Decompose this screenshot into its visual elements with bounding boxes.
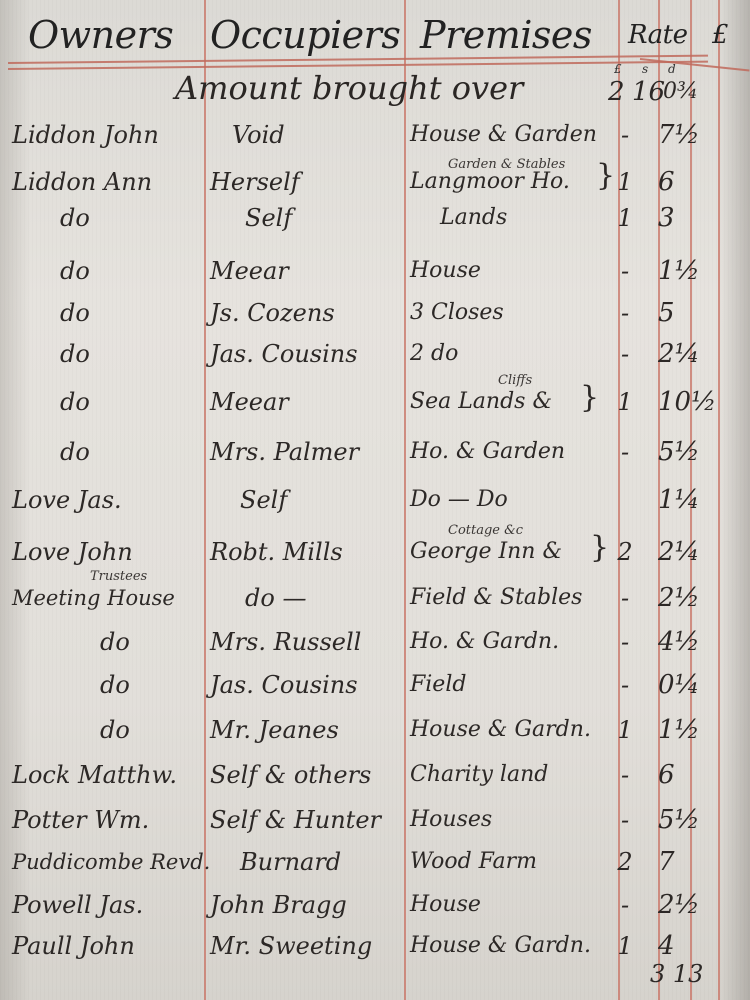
premises: House & Gardn. bbox=[410, 710, 620, 750]
occupier: Jas. Cousins bbox=[210, 334, 405, 374]
carried-total: 3 13 bbox=[650, 960, 703, 988]
owner: Lock Matthw. bbox=[12, 755, 202, 795]
pence: 5 bbox=[658, 293, 698, 333]
ledger-row: Lock Matthw. Self & others Charity land … bbox=[0, 755, 750, 795]
premises: Ho. & Gardn. bbox=[410, 622, 620, 662]
owner: Meeting House bbox=[12, 578, 202, 618]
pence: 1½ bbox=[658, 251, 698, 291]
ledger-row: Trustees Meeting House do — Field & Stab… bbox=[0, 578, 750, 618]
premises: Wood Farm bbox=[410, 842, 620, 882]
premises: House bbox=[410, 251, 620, 291]
occupier: Mr. Jeanes bbox=[210, 710, 405, 750]
brought-over-shillings: 16 bbox=[632, 72, 665, 112]
owner: Powell Jas. bbox=[12, 885, 202, 925]
pence: 2¼ bbox=[658, 334, 698, 374]
premises: Ho. & Garden bbox=[410, 432, 620, 472]
ledger-row: Love Jas. Self Do — Do 1¼ bbox=[0, 480, 750, 520]
pence: 7 bbox=[658, 842, 698, 882]
owner: Potter Wm. bbox=[12, 800, 202, 840]
owner: do bbox=[60, 198, 250, 238]
owner: Paull John bbox=[12, 926, 202, 966]
ledger-row: Powell Jas. John Bragg House - 2½ bbox=[0, 885, 750, 925]
header-occupiers: Occupiers bbox=[210, 10, 400, 60]
shillings: - bbox=[610, 251, 640, 291]
premises: Do — Do bbox=[410, 480, 620, 520]
premises: Field & Stables bbox=[410, 578, 620, 618]
premises: Field bbox=[410, 665, 620, 705]
ledger-row: Potter Wm. Self & Hunter Houses - 5½ bbox=[0, 800, 750, 840]
occupier: Self & others bbox=[210, 755, 405, 795]
pence: 2½ bbox=[658, 885, 698, 925]
premises: 2 do bbox=[410, 334, 620, 374]
ledger-row: do Jas. Cousins Field - 0¼ bbox=[0, 665, 750, 705]
premises: 3 Closes bbox=[410, 293, 620, 333]
shillings: 1 bbox=[610, 926, 640, 966]
ledger-row: do Self Lands 1 3 bbox=[0, 198, 750, 238]
shillings: 2 bbox=[610, 842, 640, 882]
pence: 6 bbox=[658, 755, 698, 795]
owner: Love John bbox=[12, 532, 202, 572]
premises: George Inn & bbox=[410, 532, 620, 572]
shillings: - bbox=[610, 885, 640, 925]
occupier: Robt. Mills bbox=[210, 532, 405, 572]
occupier: Js. Cozens bbox=[210, 293, 405, 333]
shillings: - bbox=[610, 800, 640, 840]
ledger-row: Puddicombe Revd. Burnard Wood Farm 2 7 bbox=[0, 842, 750, 882]
shillings: - bbox=[610, 432, 640, 472]
occupier: Void bbox=[232, 115, 427, 155]
occupier: Jas. Cousins bbox=[210, 665, 405, 705]
shillings: - bbox=[610, 665, 640, 705]
pence: 7½ bbox=[658, 115, 698, 155]
shillings: 1 bbox=[610, 198, 640, 238]
occupier: John Bragg bbox=[210, 885, 405, 925]
occupier: Mrs. Palmer bbox=[210, 432, 405, 472]
pence: 2½ bbox=[658, 578, 698, 618]
shillings: - bbox=[610, 293, 640, 333]
shillings: - bbox=[610, 334, 640, 374]
shillings: 2 bbox=[610, 532, 640, 572]
pence: 1¼ bbox=[658, 480, 698, 520]
shillings: - bbox=[610, 755, 640, 795]
pence: 10½ bbox=[658, 382, 698, 422]
brought-over-pence: 0¾ bbox=[663, 72, 698, 112]
occupier: Mr. Sweeting bbox=[210, 926, 405, 966]
header-premises: Premises bbox=[420, 10, 592, 60]
premises: House & Gardn. bbox=[410, 926, 620, 966]
ledger-row: Paull John Mr. Sweeting House & Gardn. 1… bbox=[0, 926, 750, 966]
ledger-row: do Mrs. Russell Ho. & Gardn. - 4½ bbox=[0, 622, 750, 662]
pence: 0¼ bbox=[658, 665, 698, 705]
occupier: Meear bbox=[210, 382, 405, 422]
ledger-row: do Jas. Cousins 2 do - 2¼ bbox=[0, 334, 750, 374]
premises: Charity land bbox=[410, 755, 620, 795]
brace-glyph: } bbox=[590, 528, 609, 568]
ledger-row: Love John Robt. Mills Cottage &c George … bbox=[0, 532, 750, 572]
brought-over-pounds: 2 bbox=[608, 72, 625, 112]
ledger-row: do Js. Cozens 3 Closes - 5 bbox=[0, 293, 750, 333]
ledger-row: Liddon Ann Herself Garden & Stables Lang… bbox=[0, 162, 750, 202]
occupier: Burnard bbox=[240, 842, 435, 882]
ledger-row: do Meear Cliffs Sea Lands & } 1 10½ bbox=[0, 382, 750, 422]
brace-glyph: } bbox=[580, 378, 599, 418]
shillings: - bbox=[610, 578, 640, 618]
occupier: Self & Hunter bbox=[210, 800, 405, 840]
premises: Langmoor Ho. bbox=[410, 162, 620, 202]
pence: 2¼ bbox=[658, 532, 698, 572]
premises: House & Garden bbox=[410, 115, 620, 155]
owner: Love Jas. bbox=[12, 480, 202, 520]
shillings: 1 bbox=[610, 710, 640, 750]
owner: Liddon Ann bbox=[12, 162, 202, 202]
shillings: - bbox=[610, 622, 640, 662]
ledger-page: Owners Occupiers Premises Rate £ Amount … bbox=[0, 0, 750, 1000]
occupier: Herself bbox=[210, 162, 405, 202]
premises: Houses bbox=[410, 800, 620, 840]
header-owners: Owners bbox=[28, 10, 173, 60]
shillings: 1 bbox=[610, 162, 640, 202]
occupier: Meear bbox=[210, 251, 405, 291]
pence: 4½ bbox=[658, 622, 698, 662]
header-rate: Rate bbox=[628, 10, 688, 60]
brought-over-label: Amount brought over bbox=[175, 66, 523, 110]
ledger-row: do Mrs. Palmer Ho. & Garden - 5½ bbox=[0, 432, 750, 472]
occupier: Mrs. Russell bbox=[210, 622, 405, 662]
ledger-row: do Mr. Jeanes House & Gardn. 1 1½ bbox=[0, 710, 750, 750]
occupier: Self bbox=[245, 198, 440, 238]
pence: 1½ bbox=[658, 710, 698, 750]
pence: 6 bbox=[658, 162, 698, 202]
pence: 5½ bbox=[658, 432, 698, 472]
shillings: 1 bbox=[610, 382, 640, 422]
ledger-row: do Meear House - 1½ bbox=[0, 251, 750, 291]
owner: Puddicombe Revd. bbox=[12, 842, 202, 882]
occupier: Self bbox=[240, 480, 435, 520]
premises: House bbox=[410, 885, 620, 925]
owner: Liddon John bbox=[12, 115, 202, 155]
header-pounds: £ bbox=[712, 10, 728, 60]
shillings: - bbox=[610, 115, 640, 155]
ledger-row: Liddon John Void House & Garden - 7½ bbox=[0, 115, 750, 155]
pence: 5½ bbox=[658, 800, 698, 840]
pence: 3 bbox=[658, 198, 698, 238]
